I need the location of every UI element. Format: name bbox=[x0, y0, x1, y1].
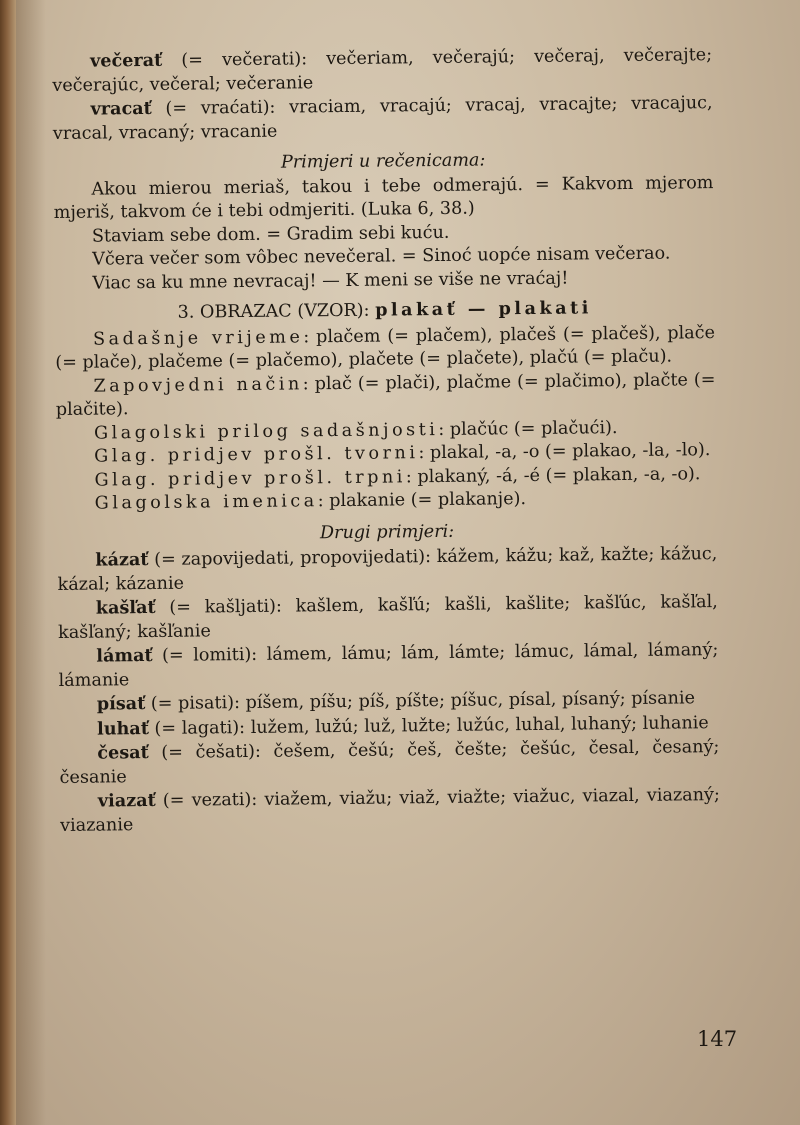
book-spine bbox=[0, 0, 16, 1125]
gloss: (= vezati): bbox=[156, 790, 265, 811]
page-number: 147 bbox=[697, 1027, 737, 1051]
headword: večerať bbox=[90, 50, 162, 72]
headword: viazať bbox=[98, 790, 156, 812]
row-text: : plakal, -a, -o (= plakao, -la, -lo). bbox=[418, 440, 710, 463]
gloss: (= kašljati): bbox=[155, 596, 295, 617]
entry-kaslat: kašľať (= kašljati): kašlem, kašľú; kašl… bbox=[58, 590, 718, 645]
headword: písať bbox=[97, 693, 146, 715]
sentence: Akou mierou meriaš, takou i tebe odmeraj… bbox=[53, 172, 713, 226]
entry-vracat: vracať (= vraćati): vraciam, vracajú; vr… bbox=[53, 91, 713, 146]
gloss: (= češati): bbox=[149, 742, 274, 763]
forms: píšem, píšu; píš, píšte; píšuc, písal, p… bbox=[245, 688, 695, 713]
row-label: Sadašnje vrijeme bbox=[93, 327, 304, 349]
headword: česať bbox=[97, 742, 149, 764]
row-text: : plakaný, -á, -é (= plakan, -a, -o). bbox=[406, 464, 701, 487]
entry-viazat: viazať (= vezati): viažem, viažu; viaž, … bbox=[60, 783, 720, 838]
gloss: (= pisati): bbox=[145, 693, 245, 714]
gloss: (= lomiti): bbox=[152, 645, 266, 666]
headword: vracať bbox=[91, 98, 152, 120]
page-content: večerať (= večerati): večeriam, večerajú… bbox=[52, 43, 720, 838]
row-label: Glagolski prilog sadašnjosti bbox=[94, 419, 439, 443]
row-label: Glag. pridjev prošl. trpni bbox=[94, 467, 406, 490]
entry-kazat: kázať (= zapovijedati, propovijedati): k… bbox=[57, 542, 717, 597]
gloss: (= večerati): bbox=[162, 49, 326, 71]
pattern-title-prefix: 3. OBRAZAC (VZOR): bbox=[178, 301, 376, 323]
book-page: večerať (= večerati): večeriam, večerajú… bbox=[0, 0, 800, 1125]
row-label: Glag. pridjev prošl. tvorni bbox=[94, 443, 418, 466]
pattern-row: Zapovjedni način: plač (= plači), plačme… bbox=[55, 369, 715, 423]
gloss: (= vraćati): bbox=[152, 98, 290, 119]
headword: luhať bbox=[97, 718, 149, 740]
spine-shadow bbox=[16, 0, 46, 1125]
gloss: (= zapovijedati, propovijedati): bbox=[148, 547, 436, 570]
row-label: Glagolska imenica bbox=[95, 491, 318, 513]
entry-lamat: lámať (= lomiti): lámem, lámu; lám, lámt… bbox=[58, 638, 718, 693]
forms: lužem, lužú; luž, lužte; lužúc, luhal, l… bbox=[251, 713, 709, 738]
pattern-row: Sadašnje vrijeme: plačem (= plačem), pla… bbox=[55, 322, 715, 376]
headword: kázať bbox=[95, 549, 148, 571]
headword: kašľať bbox=[96, 597, 156, 619]
row-label: Zapovjedni način bbox=[93, 374, 302, 396]
entry-vecerat: večerať (= večerati): večeriam, večerajú… bbox=[52, 43, 712, 98]
pattern-title-verb: plakať — plakati bbox=[375, 297, 592, 320]
row-text: : plačúc (= plačući). bbox=[438, 418, 617, 440]
entry-cesat: česať (= češati): češem, češú; češ, češt… bbox=[59, 735, 719, 790]
row-text: : plakanie (= plakanje). bbox=[318, 489, 527, 511]
gloss: (= lagati): bbox=[149, 717, 251, 738]
headword: lámať bbox=[96, 645, 152, 667]
